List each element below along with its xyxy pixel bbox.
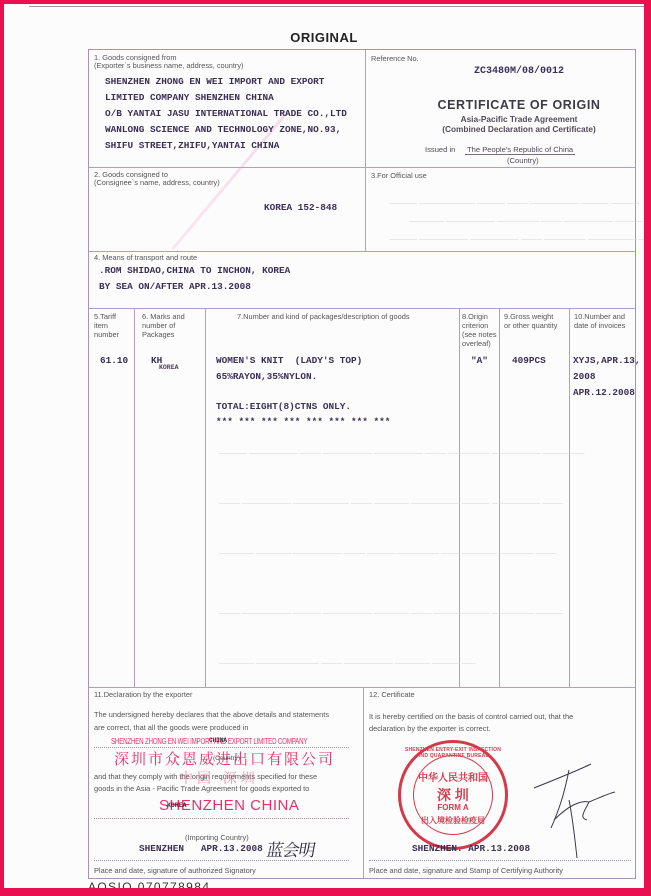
exporter-place-date: SHENZHEN APR.13.2008 [139,841,263,857]
country-caption: (Country) [507,156,539,165]
certificate-title: CERTIFICATE OF ORIGIN [409,98,629,112]
tariff-value: 61.10 [100,353,128,369]
watermark-text: ——— ——————— ———————— ——— ————— ——————— —… [219,500,564,507]
divider [89,308,635,309]
header-tariff: 5.Tariff item number [94,312,119,339]
box11-footer: Place and date, signature of authorized … [94,866,256,875]
divider [363,687,364,879]
header-tariff-line: item [94,321,119,330]
declaration-text-1: The undersigned hereby declares that the… [94,710,329,719]
serial-number: AQSIQ 070778984 [88,880,210,888]
header-weight-line: or other quantity [504,321,557,330]
certificate-text-2: declaration by the exporter is correct. [369,724,491,733]
description-line-1: WOMEN'S KNIT (LADY'S TOP) [216,353,362,369]
country-caption-11: (Country) [213,754,240,763]
watermark-text: ——— ——————— ———— ——————— ————— ——— —————… [219,610,564,617]
watermark-text: ———— ———————— ———— ——— ——————— ———— ———— [389,200,639,207]
box2-sublabel: (Consignee`s name, address, country) [94,178,220,187]
document-heading: ORIGINAL [4,30,644,45]
divider [499,308,500,688]
dotted-line [94,860,349,861]
exporter-line-4: WANLONG SCIENCE AND TECHNOLOGY ZONE,NO.9… [105,122,341,138]
divider [365,50,366,252]
header-marks-line: 6. Marks and [142,312,185,321]
box11-label: 11.Declaration by the exporter [94,690,192,699]
seal-outer-text: SHENZHEN ENTRY-EXIT INSPECTION AND QUARA… [401,747,505,759]
reference-number: ZC3480M/08/0012 [474,64,564,80]
consignee-value: KOREA 152-848 [264,200,337,216]
watermark-text: ———— ——————— ——————— ——— —————— ——————— … [389,236,644,243]
divider [89,687,635,688]
marks-stamp: KOREA [159,360,179,376]
seal-cn-top: 中华人民共和国 [401,769,505,784]
header-description: 7.Number and kind of packages/descriptio… [237,312,410,321]
origin-value: "A" [471,353,488,369]
header-marks-line: number of [142,321,185,330]
watermark-text: ————— ————— ——————— ——— ———— —————— ————… [219,550,557,557]
divider [89,167,635,168]
city-stamp-cn: 中国 深圳 [179,768,259,788]
transport-line-2: BY SEA ON/AFTER APR.13.2008 [99,279,251,295]
exported-to-country: KOREA [167,798,187,814]
declaration-text-2: are correct, that all the goods were pro… [94,723,248,732]
header-origin-line: 8.Origin [462,312,497,321]
box4-label: 4. Means of transport and route [94,253,197,262]
header-tariff-line: number [94,330,119,339]
box12-label: 12. Certificate [369,690,415,699]
seal-cn-bottom: 出入境检验检疫局 [401,815,505,826]
watermark-text: ————— ————————— ——— ——————— ————— ———— —… [219,660,476,667]
issued-in-country: The People's Republic of China [465,145,575,155]
certificate-text-1: It is hereby certified on the basis of c… [369,712,573,721]
certifier-signature [529,750,619,860]
exporter-signature: 蓝会明 [265,836,317,861]
header-invoice: 10.Number and date of invoices [574,312,625,330]
certificate-subtitle: Asia-Pacific Trade Agreement [409,114,629,124]
description-line-5: *** *** *** *** *** *** *** *** [216,414,390,430]
header-origin-line: (see notes [462,330,497,339]
header-weight-line: 9.Gross weight [504,312,557,321]
divider [205,308,206,688]
certificate-form: ———— ———————— ———— ——— ——————— ———— ————… [88,49,636,879]
scan-edge-line [29,6,644,7]
header-tariff-line: 5.Tariff [94,312,119,321]
dotted-line [369,860,631,861]
certificate-page: ORIGINAL ———— ———————— ———— ——— ——————— … [4,4,644,888]
description-line-4: TOTAL:EIGHT(8)CTNS ONLY. [216,399,351,415]
certificate-subtitle-2: (Combined Declaration and Certificate) [409,124,629,134]
seal-cn-mid: 深 圳 [401,785,505,805]
header-marks: 6. Marks and number of Packages [142,312,185,339]
header-origin-line: criterion [462,321,497,330]
invoice-line-1: XYJS,APR.13, [573,353,641,369]
header-origin-line: overleaf) [462,339,497,348]
box12-footer: Place and date, signature and Stamp of C… [369,866,563,875]
certifier-place-date: SHENZHEN. APR.13.2008 [412,841,530,857]
exporter-line-2: LIMITED COMPANY SHENZHEN CHINA [105,90,274,106]
header-invoice-line: 10.Number and [574,312,625,321]
header-marks-line: Packages [142,330,185,339]
invoice-line-2: 2008 [573,369,596,385]
reference-label: Reference No. [371,54,419,63]
produced-in-country: CHINA [209,733,227,749]
seal-form: FORM A [401,803,505,812]
invoice-line-3: APR.12.2008 [573,385,635,401]
exporter-line-1: SHENZHEN ZHONG EN WEI IMPORT AND EXPORT [105,74,324,90]
dotted-line [94,818,349,819]
header-weight: 9.Gross weight or other quantity [504,312,557,330]
header-invoice-line: date of invoices [574,321,625,330]
transport-line-1: .ROM SHIDAO,CHINA TO INCHON, KOREA [99,263,290,279]
divider [569,308,570,688]
issued-in-label: Issued in [425,145,455,154]
header-origin: 8.Origin criterion (see notes overleaf) [462,312,497,348]
official-seal: SHENZHEN ENTRY-EXIT INSPECTION AND QUARA… [398,740,508,850]
divider [459,308,460,688]
watermark-text: ———— ——————— ——— ——————— ——————— ——— ———… [219,450,585,457]
divider [89,251,635,252]
divider [134,308,135,688]
box3-label: 3.For Official use [371,171,427,180]
exporter-line-5: SHIFU STREET,ZHIFU,YANTAI CHINA [105,138,279,154]
box1-sublabel: (Exporter`s business name, address, coun… [94,61,244,70]
weight-value: 409PCS [512,353,546,369]
exporter-line-3: O/B YANTAI JASU INTERNATIONAL TRADE CO.,… [105,106,347,122]
watermark-text: ————— ——————— —————— ——— ——————— ———— [409,218,643,225]
description-line-2: 65%RAYON,35%NYLON. [216,369,317,385]
